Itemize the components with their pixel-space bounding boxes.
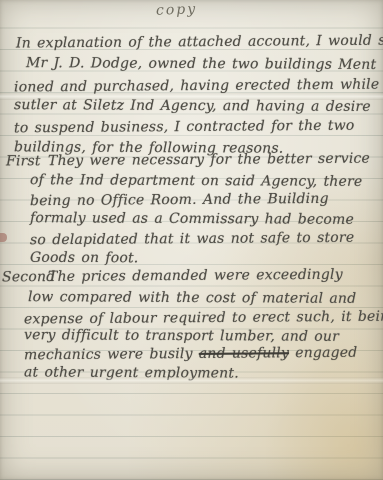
handwritten-line: sutler at Siletz Ind Agency, and having … — [14, 96, 371, 117]
handwritten-line: In explanation of the attached account, … — [16, 31, 383, 53]
handwritten-line: formaly used as a Commissary had become — [30, 209, 354, 230]
handwritten-line: being no Office Room. And the Building — [30, 190, 329, 211]
line-text: They were necessary for the better servi… — [48, 151, 370, 170]
handwritten-line: Mr J. D. Dodge, owned the two buildings … — [26, 54, 376, 75]
paragraph-label-first: First — [6, 152, 48, 171]
line-text: mechanics were busily — [24, 346, 199, 363]
struck-text: and usefully — [199, 345, 289, 362]
paragraph-label-second: Second — [2, 268, 48, 287]
handwritten-line: ioned and purchased, having erected them… — [14, 76, 379, 98]
handwritten-line: to suspend business, I contracted for th… — [14, 117, 355, 139]
line-text: The prices demanded were exceedingly — [48, 267, 343, 285]
handwritten-line: at other urgent employment. — [24, 363, 239, 383]
edge-mark — [0, 233, 7, 242]
handwritten-line: FirstThey were necessary for the better … — [6, 150, 370, 172]
handwritten-line: mechanics were busily and usefully engag… — [24, 344, 358, 366]
line-text: engaged — [289, 345, 357, 362]
handwritten-line: so delapidated that it was not safe to s… — [30, 229, 354, 251]
handwritten-line: Goods on foot. — [30, 249, 139, 269]
handwritten-line: SecondThe prices demanded were exceeding… — [2, 266, 343, 288]
handwritten-line: low compared with the cost of material a… — [28, 288, 356, 309]
handwritten-line: of the Ind department on said Agency, th… — [30, 171, 363, 192]
copy-label: copy — [156, 1, 198, 18]
document-page: copy In explanation of the attached acco… — [0, 0, 383, 480]
